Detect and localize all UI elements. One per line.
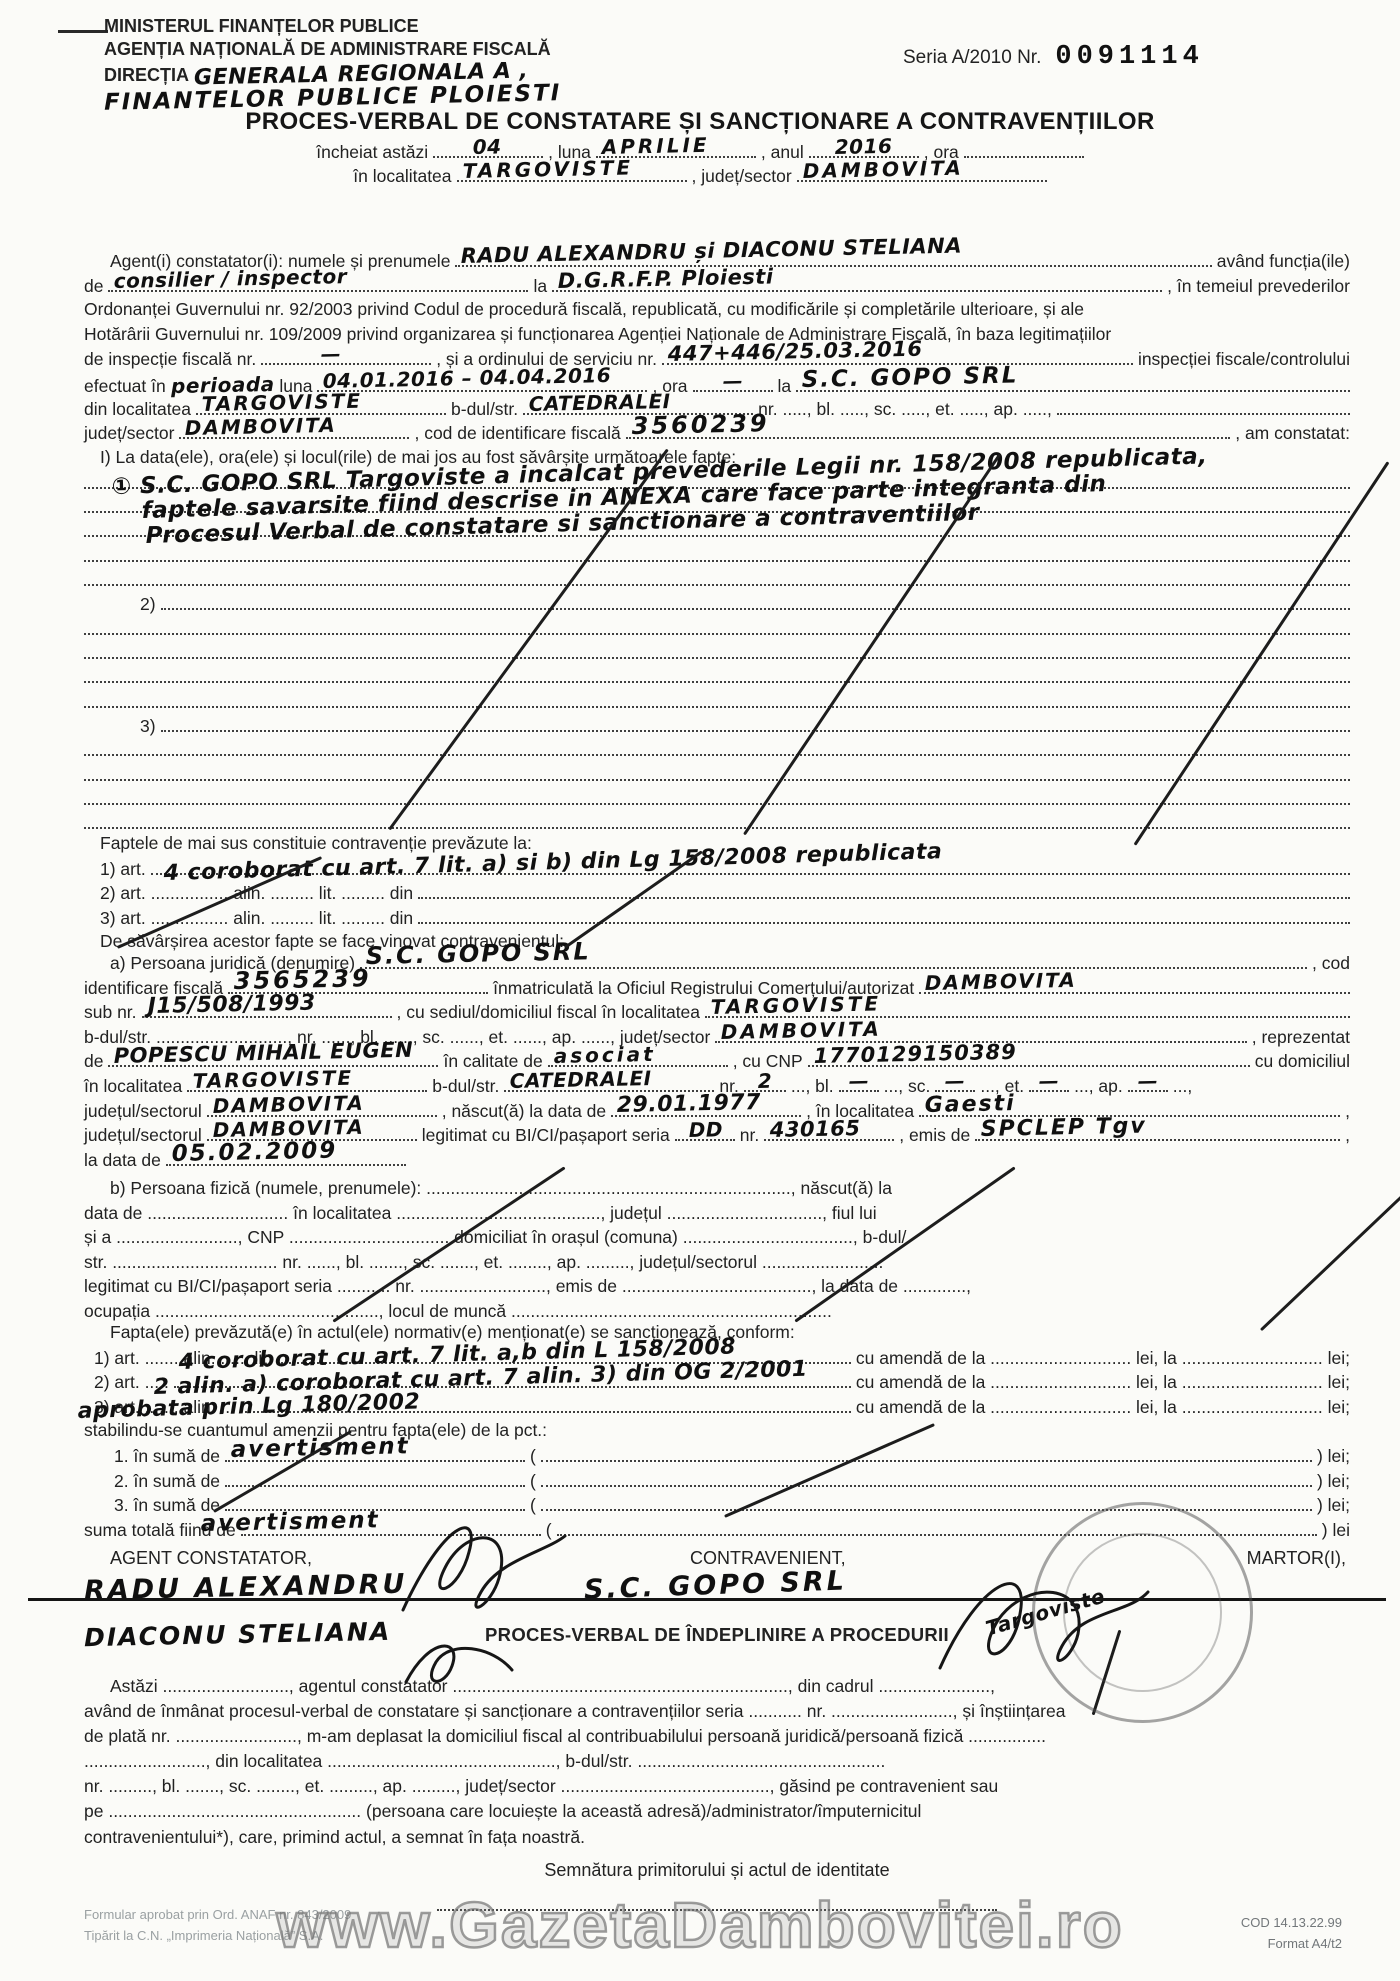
- floor-field: —: [1029, 1075, 1069, 1092]
- id-date-field: 05.02.2009: [166, 1149, 406, 1166]
- year-field: 2016: [809, 141, 919, 158]
- contravenient-signature-scrawl: [930, 1556, 1160, 1686]
- hq-locality-field: TARGOVISTE: [705, 1001, 1350, 1018]
- county-handwritten: DAMBOVITA: [212, 1090, 364, 1117]
- id-issuer-field: SPCLEP Tgv: [975, 1124, 1340, 1141]
- facts-section: I) La data(ele), ora(ele) și locul(rile)…: [84, 447, 1350, 837]
- legitimation-field: —: [261, 348, 431, 365]
- agent-2-signature-scrawl: [400, 1630, 520, 1696]
- registry-field: DAMBOVITA: [919, 977, 1350, 994]
- domicile-street-handwritten: CATEDRALEI: [510, 1066, 652, 1093]
- institution-field: D.G.R.F.P. Ploiesti: [552, 275, 1162, 292]
- lp-line-9: la data de 05.02.2009: [84, 1149, 1350, 1174]
- printed-text: Hotărârii Guvernului nr. 109/2009 privin…: [84, 324, 1111, 345]
- sum-total-handwritten: avertisment: [200, 1507, 379, 1537]
- dash-handwritten: —: [945, 1069, 966, 1093]
- company-field: S.C. GOPO SRL: [796, 375, 1350, 392]
- locality-handwritten: TARGOVISTE: [462, 155, 633, 183]
- printed-text: cu domiciliul: [1255, 1051, 1350, 1072]
- contravention-line-3: 3) art. ................ alin. .........…: [84, 907, 1350, 932]
- printed-text: la data de: [84, 1150, 161, 1171]
- id-number-handwritten: 430165: [770, 1116, 861, 1142]
- agent-line-3: Ordonanței Guvernului nr. 92/2003 privin…: [84, 299, 1350, 324]
- service-order-field: 447+446/25.03.2016: [662, 348, 1133, 365]
- np-line-2: data de ............................. în…: [84, 1203, 1350, 1228]
- watermark-text: www.GazetaDambovitei.ro: [0, 1888, 1400, 1962]
- empty-dotted-row: [84, 545, 1350, 569]
- printed-text: pe .....................................…: [84, 1801, 921, 1822]
- document-title: PROCES-VERBAL DE CONSTATARE ȘI SANCȚIONA…: [0, 108, 1400, 136]
- service-order-handwritten: 447+446/25.03.2016: [667, 337, 922, 366]
- agent-paragraph: Agent(i) constatator(i): numele și prenu…: [84, 250, 1350, 447]
- id-series-field: DD: [675, 1124, 735, 1141]
- registry-handwritten: DAMBOVITA: [925, 967, 1077, 994]
- printed-text: b) Persoana fizică (numele, prenumele): …: [110, 1178, 892, 1199]
- birth-date-handwritten: 29.01.1977: [617, 1090, 762, 1118]
- domicile-locality-handwritten: TARGOVISTE: [193, 1066, 354, 1093]
- np-line-3: și a ........................., CNP ....…: [84, 1227, 1350, 1252]
- issuer-header: MINISTERUL FINANȚELOR PUBLICE AGENȚIA NA…: [104, 16, 561, 115]
- np-line-5: legitimat cu BI/CI/pașaport seria ......…: [84, 1276, 1350, 1301]
- dotted-leader: [84, 569, 1350, 586]
- sum-line-1: 1. în sumă de avertisment ( ) lei;: [84, 1445, 1350, 1470]
- receiver-signature-caption: Semnătura primitorului și actul de ident…: [84, 1860, 1350, 1881]
- printed-text: încheiat astăzi: [316, 142, 428, 163]
- dotted-leader: [84, 618, 1350, 635]
- printed-text: de: [84, 1051, 103, 1072]
- domicile-street-field: CATEDRALEI: [504, 1075, 714, 1092]
- id-series-handwritten: DD: [688, 1117, 723, 1142]
- agent-line-8: județ/sector DAMBOVITA , cod de identifi…: [84, 422, 1350, 447]
- title-date-line: încheiat astăzi 04 , luna APRILIE , anul…: [0, 141, 1400, 166]
- dotted-leader: [84, 642, 1350, 659]
- representative-handwritten: POPESCU MIHAIL EUGEN: [114, 1038, 414, 1068]
- np-line-1: b) Persoana fizică (numele, prenumele): …: [84, 1178, 1350, 1203]
- printed-text: 2. în sumă de: [114, 1471, 220, 1492]
- period-dates-handwritten: 04.01.2016 – 04.04.2016: [323, 363, 612, 393]
- printed-text: ........................., din localitat…: [84, 1751, 885, 1772]
- fact-2-row: 2): [84, 593, 1350, 617]
- fact-3-label: 3): [140, 716, 156, 737]
- id-issuer-handwritten: SPCLEP Tgv: [981, 1114, 1148, 1142]
- printed-text: ) lei: [1322, 1520, 1350, 1541]
- direction-label: DIRECȚIA: [104, 65, 189, 86]
- fact-row: Procesul Verbal de constatare si sanctio…: [84, 520, 1350, 544]
- dotted-leader: [161, 593, 1350, 610]
- printed-text: , județ/sector: [692, 166, 792, 187]
- printed-text: sub nr.: [84, 1002, 137, 1023]
- sanction-line-3: 3) art. ......, alin. ... cu amendă de l…: [84, 1396, 1350, 1421]
- natural-person-section: b) Persoana fizică (numele, prenumele): …: [84, 1178, 1350, 1326]
- sanction-handwritten-3: aprobata prin Lg 180/2002: [77, 1390, 420, 1425]
- empty-dotted-row: [84, 618, 1350, 642]
- series-number: 0091114: [1055, 42, 1203, 72]
- dotted-leader: [84, 812, 1350, 829]
- cnp-handwritten: 1770129150389: [813, 1040, 1016, 1068]
- year-handwritten: 2016: [834, 134, 892, 159]
- printed-text: b-dul/str.: [432, 1076, 499, 1097]
- dotted-leader: [84, 739, 1350, 756]
- county-handwritten: DAMBOVITA: [185, 413, 337, 440]
- printed-text: ocupația ...............................…: [84, 1301, 832, 1322]
- printed-text: în localitatea: [353, 166, 451, 187]
- printed-text: ,: [1345, 1101, 1350, 1122]
- agent-signature-label: AGENT CONSTATATOR,: [110, 1548, 312, 1569]
- printed-text: legitimat cu BI/CI/pașaport seria: [422, 1125, 670, 1146]
- empty-dotted-row: [84, 642, 1350, 666]
- ministry-line: MINISTERUL FINANȚELOR PUBLICE: [104, 16, 561, 39]
- printed-text: Faptele de mai sus constituie contravenț…: [100, 833, 532, 854]
- quality-handwritten: asociat: [553, 1042, 655, 1068]
- hour-field-2: —: [693, 375, 773, 392]
- printed-text: contravenientului*), care, primind actul…: [84, 1827, 585, 1848]
- company-name-handwritten: S.C. GOPO SRL: [366, 937, 592, 970]
- printed-text: b-dul/str.: [451, 399, 518, 420]
- apartment-field: —: [1128, 1075, 1168, 1092]
- company-name-field: S.C. GOPO SRL: [360, 952, 1307, 969]
- printed-text: de: [84, 276, 103, 297]
- dash-handwritten: —: [722, 369, 743, 393]
- birth-county-field: DAMBOVITA: [207, 1100, 437, 1117]
- period-dates-field: 04.01.2016 – 04.04.2016: [317, 375, 647, 392]
- printed-text: cu amendă de la ........................…: [856, 1372, 1350, 1393]
- dotted-leader: [161, 715, 1350, 732]
- printed-text: ) lei;: [1317, 1471, 1350, 1492]
- witness-signature-label: MARTOR(I),: [1247, 1548, 1346, 1569]
- domicile-locality-field: TARGOVISTE: [187, 1075, 427, 1092]
- printed-text: , cod: [1312, 953, 1350, 974]
- quality-field: asociat: [548, 1050, 728, 1067]
- lp-line-3: sub nr. J15/508/1993 , cu sediul/domicil…: [84, 1001, 1350, 1026]
- county-handwritten: DAMBOVITA: [721, 1016, 882, 1043]
- locality-field: TARGOVISTE: [457, 165, 687, 182]
- printed-text: nr. ........., bl. ......., sc. ........…: [84, 1776, 998, 1797]
- printed-text: , anul: [761, 142, 804, 163]
- printed-text: la: [533, 276, 547, 297]
- dotted-leader: [84, 764, 1350, 781]
- fact-3-row: 3): [84, 715, 1350, 739]
- locality-handwritten: TARGOVISTE: [202, 388, 363, 415]
- printed-text: având funcția(ile): [1217, 251, 1350, 272]
- staircase-field: —: [935, 1075, 975, 1092]
- agent-line-2: de consilier / inspector la D.G.R.F.P. P…: [84, 275, 1350, 300]
- printed-text: (: [530, 1446, 536, 1467]
- agent-signature-scrawl: [395, 1506, 575, 1626]
- printed-text: ..., bl.: [791, 1076, 834, 1097]
- printed-text: efectuat în: [84, 376, 166, 397]
- day-handwritten: 04: [473, 134, 502, 159]
- procedure-line-6: pe .....................................…: [84, 1801, 1350, 1826]
- day-field: 04: [433, 141, 543, 158]
- contravention-line-2: 2) art. ................ alin. .........…: [84, 882, 1350, 907]
- empty-dotted-row: [84, 764, 1350, 788]
- block-field: —: [839, 1075, 879, 1092]
- printed-text: nr.: [740, 1125, 759, 1146]
- agent-names-handwritten: RADU ALEXANDRU și DIACONU STELIANA: [461, 234, 963, 268]
- procedure-line-5: nr. ........., bl. ......., sc. ........…: [84, 1776, 1350, 1801]
- county-field-2: DAMBOVITA: [179, 422, 409, 439]
- printed-text: 1. în sumă de: [114, 1446, 220, 1467]
- series-label: Seria A/2010 Nr.: [903, 47, 1041, 69]
- fact-2-label: 2): [140, 594, 156, 615]
- company-handwritten: S.C. GOPO SRL: [802, 362, 1019, 393]
- id-number-field: 430165: [764, 1124, 894, 1141]
- empty-dotted-row: [84, 691, 1350, 715]
- printed-text: inspecției fiscale/controlului: [1138, 349, 1350, 370]
- printed-text: județ/sector: [84, 423, 174, 444]
- series-block: Seria A/2010 Nr. 0091114: [903, 42, 1204, 72]
- printed-text: cu amendă de la ........................…: [856, 1348, 1350, 1369]
- birth-place-handwritten: Gaesti: [925, 1091, 1016, 1118]
- dotted-leader: [84, 545, 1350, 562]
- printed-text: având de înmânat procesul-verbal de cons…: [84, 1701, 1065, 1722]
- printed-text: și a ........................., CNP ....…: [84, 1227, 906, 1248]
- printed-text: (: [530, 1471, 536, 1492]
- printed-text: , emis de: [899, 1125, 970, 1146]
- printed-text: la: [778, 376, 792, 397]
- printed-text: nr. ....., bl. ....., sc. ....., et. ...…: [758, 399, 1052, 420]
- dotted-leader: [541, 1445, 1312, 1462]
- empty-dotted-row: [84, 569, 1350, 593]
- printed-text: ) lei;: [1317, 1446, 1350, 1467]
- birth-date-field: 29.01.1977: [611, 1100, 801, 1117]
- contravention-section: Faptele de mai sus constituie contravenț…: [84, 833, 1350, 956]
- dotted-leader: [84, 691, 1350, 708]
- printed-text: , în temeiul prevederilor: [1167, 276, 1350, 297]
- dash-handwritten: —: [1137, 1069, 1158, 1093]
- fiscal-code-field: 3560239: [626, 422, 1231, 439]
- scanned-form-page: MINISTERUL FINANȚELOR PUBLICE AGENȚIA NA…: [0, 0, 1400, 1981]
- printed-text: din localitatea: [84, 399, 191, 420]
- printed-text: ...,: [1173, 1076, 1192, 1097]
- procedure-line-4: ........................., din localitat…: [84, 1751, 1350, 1776]
- agency-name: AGENȚIA NAȚIONALĂ DE ADMINISTRARE FISCAL…: [104, 39, 551, 60]
- county-handwritten: DAMBOVITA: [802, 156, 963, 183]
- printed-text: , am constatat:: [1235, 423, 1350, 444]
- dash-handwritten: —: [848, 1069, 869, 1093]
- locality-field-2: TARGOVISTE: [196, 398, 446, 415]
- registry-number-field: J15/508/1993: [142, 1001, 392, 1018]
- dotted-leader: [1057, 398, 1350, 415]
- printed-text: Ordonanței Guvernului nr. 92/2003 privin…: [84, 299, 1084, 320]
- ministry-name: MINISTERUL FINANȚELOR PUBLICE: [104, 16, 419, 37]
- printed-text: legitimat cu BI/CI/pașaport seria ......…: [84, 1276, 971, 1297]
- empty-dotted-row: [84, 666, 1350, 690]
- institution-handwritten: D.G.R.F.P. Ploiesti: [558, 264, 774, 293]
- printed-text: ..., sc.: [884, 1076, 931, 1097]
- dash-handwritten: —: [1039, 1069, 1060, 1093]
- legal-person-section: a) Persoana juridică (denumire) S.C. GOP…: [84, 952, 1350, 1173]
- printed-text: ,: [1345, 1125, 1350, 1146]
- empty-dotted-row: [84, 739, 1350, 763]
- agent-names-field: RADU ALEXANDRU și DIACONU STELIANA: [455, 250, 1211, 267]
- printed-text: județul/sectorul: [84, 1101, 202, 1122]
- printed-text: , născut(ă) la data de: [442, 1101, 606, 1122]
- title-place-line: în localitatea TARGOVISTE , județ/sector…: [0, 165, 1400, 190]
- printed-text: de plată nr. ........................., …: [84, 1726, 1046, 1747]
- county-field: DAMBOVITA: [797, 165, 1047, 182]
- procedure-line-7: contravenientului*), care, primind actul…: [84, 1827, 1350, 1852]
- dash-handwritten: —: [321, 342, 342, 366]
- scan-artifact-dash: [58, 30, 108, 33]
- function-handwritten: consilier / inspector: [114, 264, 348, 293]
- printed-text: , reprezentat: [1252, 1027, 1350, 1048]
- printed-text: ) lei;: [1317, 1495, 1350, 1516]
- dotted-leader: [418, 882, 1350, 899]
- cnp-field: 1770129150389: [808, 1050, 1250, 1067]
- procedure-line-3: de plată nr. ........................., …: [84, 1726, 1350, 1751]
- printed-text: în localitatea: [84, 1076, 182, 1097]
- dotted-leader: [541, 1494, 1312, 1511]
- id-date-handwritten: 05.02.2009: [171, 1137, 337, 1166]
- registry-number-handwritten: J15/508/1993: [147, 991, 316, 1020]
- sanction-line-2: 2) art. ..... cu amendă de la ..........…: [84, 1371, 1350, 1396]
- function-field: consilier / inspector: [108, 275, 528, 292]
- dotted-leader: [541, 1470, 1312, 1487]
- printed-text: 1) art.: [100, 859, 146, 880]
- hour-field: [964, 141, 1084, 158]
- hq-locality-handwritten: TARGOVISTE: [711, 992, 882, 1020]
- agent-line-5: de inspecție fiscală nr. — , și a ordinu…: [84, 348, 1350, 373]
- printed-text: Astăzi .........................., agent…: [110, 1676, 995, 1697]
- printed-text: 3) art. ................ alin. .........…: [100, 908, 413, 929]
- printed-text: , cu sediul/domiciliul fiscal în localit…: [397, 1002, 700, 1023]
- np-line-4: str. .................................. …: [84, 1252, 1350, 1277]
- dotted-leader: [84, 666, 1350, 683]
- fiscal-code-handwritten: 3560239: [631, 409, 769, 440]
- printed-text: str. .................................. …: [84, 1252, 883, 1273]
- representative-field: POPESCU MIHAIL EUGEN: [108, 1050, 438, 1067]
- printed-text: , cod de identificare fiscală: [414, 423, 620, 444]
- printed-text: ..., ap.: [1074, 1076, 1123, 1097]
- printed-text: cu amendă de la ........................…: [856, 1397, 1350, 1418]
- dotted-leader: [418, 907, 1350, 924]
- printed-text: de inspecție fiscală nr.: [84, 349, 256, 370]
- sum-1-field: avertisment: [225, 1445, 525, 1462]
